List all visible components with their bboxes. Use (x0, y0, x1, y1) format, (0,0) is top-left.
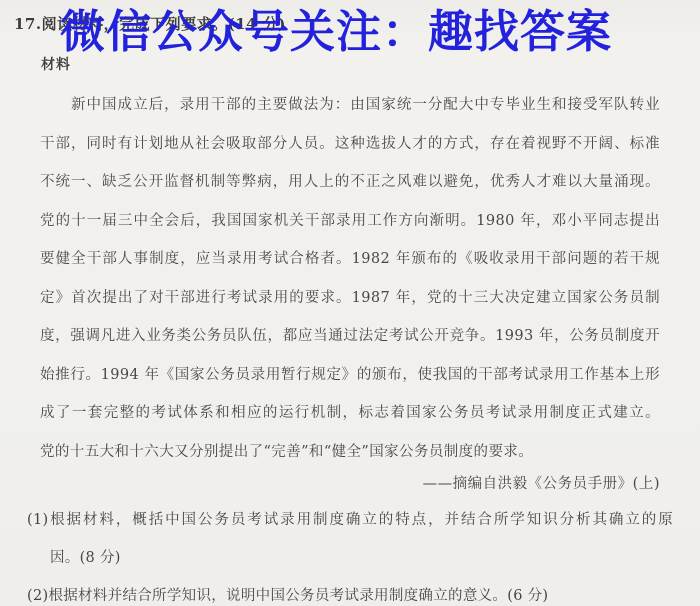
exam-page: 17.阅读材料，完成下列要求。(14 分) 微信公众号关注：趣找答案 材料 新中… (0, 0, 700, 606)
material-line: 定》首次提出了对干部进行考试录用的要求。1987 年，党的十三大决定建立国家公务… (40, 279, 660, 318)
watermark-text: 微信公众号关注：趣找答案 (60, 6, 612, 58)
material-line: 要健全干部人事制度，应当录用考试合格者。1982 年颁布的《吸收录用干部问题的若… (40, 240, 660, 279)
question-2-text: (2)根据材料并结合所学知识，说明中国公务员考试录用制度确立的意义。(6 分) (27, 584, 548, 605)
material-line: 党的十五大和十六大又分别提出了“完善”和“健全”国家公务员制度的要求。 (40, 433, 660, 472)
question-1-text: (1)根据材料，概括中国公务员考试录用制度确立的特点，并结合所学知识分析其确立的… (27, 508, 673, 529)
material-line: 度，强调凡进入业务类公务员队伍，都应当通过法定考试公开竞争。1993 年，公务员… (40, 317, 660, 356)
material-line: 不统一、缺乏公开监督机制等弊病，用人上的不正之风难以避免，优秀人才难以大量涌现。 (40, 163, 660, 202)
material-line: 干部，同时有计划地从社会吸取部分人员。这种选拔人才的方式，存在着视野不开阔、标准 (40, 125, 660, 164)
material-paragraph: 新中国成立后，录用干部的主要做法为：由国家统一分配大中专毕业生和接受军队转业 干… (40, 86, 660, 471)
material-line: 党的十一届三中全会后，我国国家机关干部录用工作方向渐明。1980 年，邓小平同志… (40, 202, 660, 241)
material-line: 成了一套完整的考试体系和相应的运行机制，标志着国家公务员考试录用制度正式建立。 (40, 394, 660, 433)
question-1-text-continued: 因。(8 分) (50, 546, 121, 567)
material-line: 新中国成立后，录用干部的主要做法为：由国家统一分配大中专毕业生和接受军队转业 (40, 86, 660, 125)
source-attribution: ——摘编自洪毅《公务员手册》(上) (423, 472, 660, 493)
material-line: 始推行。1994 年《国家公务员录用暂行规定》的颁布，使我国的干部考试录用工作基… (40, 356, 660, 395)
